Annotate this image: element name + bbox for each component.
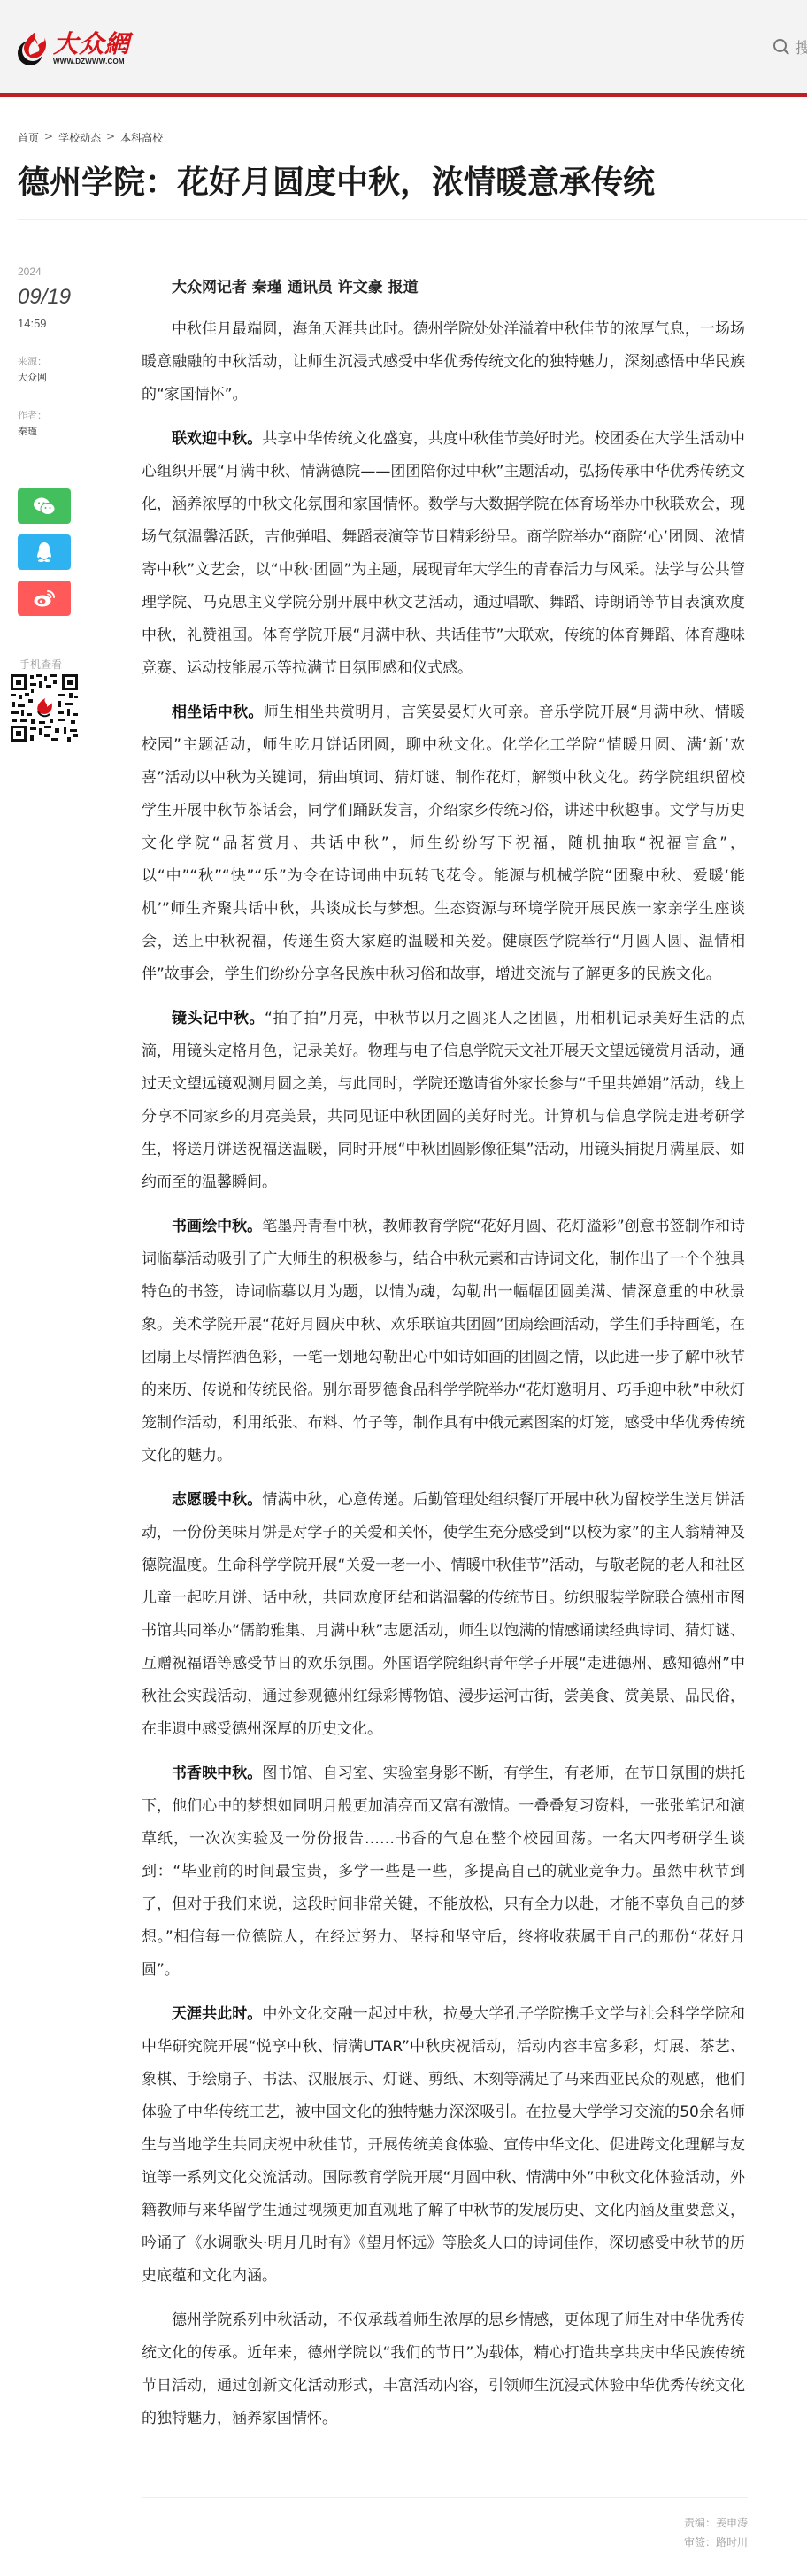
breadcrumb-separator: > — [106, 130, 115, 145]
share-qq-button[interactable] — [18, 534, 71, 570]
article-paragraph: 德州学院系列中秋活动，不仅承载着师生浓厚的思乡情感，更体现了师生对中华优秀传统文… — [142, 2304, 745, 2435]
breadcrumb-school-news[interactable]: 学校动态 — [58, 130, 101, 145]
site-header: 大众網 WWW.DZWWW.COM 搜 — [0, 0, 807, 93]
logo-wordmark: 大众網 — [53, 31, 130, 58]
paragraph-text: 情满中秋，心意传递。后勤管理处组织餐厅开展中秋为留校学生送月饼活动，一份份美味月… — [142, 1491, 745, 1738]
paragraph-lead: 相坐话中秋。 — [172, 704, 264, 721]
logo-url: WWW.DZWWW.COM — [53, 58, 130, 65]
share-wechat-button[interactable] — [18, 488, 71, 524]
meta-divider — [18, 404, 46, 404]
qq-penguin-icon — [35, 542, 53, 563]
article-meta: 2024 09/19 14:59 来源： 大众网 作者： 秦瑾 — [18, 265, 106, 438]
paragraph-lead: 天涯共此时。 — [172, 2005, 262, 2023]
article-paragraph: 天涯共此时。中外文化交融一起过中秋，拉曼大学孔子学院携手文学与社会科学学院和中华… — [142, 1998, 745, 2293]
weibo-icon — [33, 588, 56, 608]
share-weibo-button[interactable] — [18, 581, 71, 616]
article-paragraph: 相坐话中秋。师生相坐共赏明月，言笑晏晏灯火可亲。音乐学院开展“月满中秋、情暖校园… — [142, 696, 745, 991]
author-label: 作者： — [18, 408, 106, 422]
paragraph-text: 师生相坐共赏明月，言笑晏晏灯火可亲。音乐学院开展“月满中秋、情暖校园”主题活动，… — [142, 704, 745, 983]
article-paragraph: 镜头记中秋。“拍了拍”月亮，中秋节以月之圆兆人之团圆，用相机记录美好生活的点滴，… — [142, 1003, 745, 1199]
paragraph-text: 中秋佳月最端圆，海角天涯共此时。德州学院处处洋溢着中秋佳节的浓厚气息，一场场暖意… — [142, 320, 745, 404]
qr-code-image — [9, 673, 80, 743]
article-paragraph: 书画绘中秋。笔墨丹青看中秋，教师教育学院“花好月圆、花灯溢彩”创意书签制作和诗词… — [142, 1211, 745, 1473]
breadcrumb-separator: > — [44, 130, 53, 145]
source-label: 来源： — [18, 354, 106, 368]
paragraph-text: 笔墨丹青看中秋，教师教育学院“花好月圆、花灯溢彩”创意书签制作和诗词临摹活动吸引… — [142, 1218, 745, 1465]
editor-label: 责编： — [684, 2517, 716, 2529]
paragraph-lead: 镜头记中秋。 — [172, 1010, 265, 1027]
site-logo[interactable]: 大众網 WWW.DZWWW.COM — [16, 25, 149, 71]
wechat-icon — [33, 496, 56, 516]
paragraph-text: “拍了拍”月亮，中秋节以月之圆兆人之团圆，用相机记录美好生活的点滴，用镜头定格月… — [142, 1010, 745, 1191]
paragraph-text: 德州学院系列中秋活动，不仅承载着师生浓厚的思乡情感，更体现了师生对中华优秀传统文… — [142, 2311, 745, 2427]
search-icon — [772, 38, 790, 56]
article-paragraph: 志愿暖中秋。情满中秋，心意传递。后勤管理处组织餐厅开展中秋为留校学生送月饼活动，… — [142, 1484, 745, 1746]
search-label: 搜 — [795, 35, 807, 58]
title-divider — [18, 219, 807, 220]
reviewer-name: 路时川 — [716, 2536, 748, 2549]
paragraph-lead: 志愿暖中秋。 — [172, 1491, 262, 1509]
article-paragraph: 书香映中秋。图书馆、自习室、实验室身影不断，有学生，有老师，在节日氛围的烘托下，… — [142, 1757, 745, 1987]
page-title: 德州学院：花好月圆度中秋，浓情暖意承传统 — [18, 158, 655, 203]
publish-time: 14:59 — [18, 317, 106, 330]
meta-divider — [18, 350, 46, 350]
paragraph-lead: 书画绘中秋。 — [172, 1218, 262, 1235]
article-body: 大众网记者 秦瑾 通讯员 许文豪 报道 中秋佳月最端圆，海角天涯共此时。德州学院… — [142, 272, 745, 2447]
article-byline: 大众网记者 秦瑾 通讯员 许文豪 报道 — [142, 272, 745, 304]
footer-divider-bottom — [142, 2564, 748, 2564]
paragraph-text: 中外文化交融一起过中秋，拉曼大学孔子学院携手文学与社会科学学院和中华研究院开展“… — [142, 2005, 745, 2285]
flame-logo-icon — [16, 28, 50, 67]
paragraph-lead: 书香映中秋。 — [172, 1765, 262, 1782]
editor-credits: 责编：姜申涛 审签：路时川 — [684, 2513, 748, 2552]
footer-divider-top — [142, 2497, 748, 2498]
author-value: 秦瑾 — [18, 424, 106, 438]
source-value: 大众网 — [18, 370, 106, 384]
breadcrumb-home[interactable]: 首页 — [18, 130, 39, 145]
reviewer-line: 审签：路时川 — [684, 2533, 748, 2552]
article-paragraph: 联欢迎中秋。共享中华传统文化盛宴，共度中秋佳节美好时光。校团委在大学生活动中心组… — [142, 423, 745, 685]
paragraph-text: 共享中华传统文化盛宴，共度中秋佳节美好时光。校团委在大学生活动中心组织开展“月满… — [142, 430, 745, 677]
editor-name: 姜申涛 — [716, 2517, 748, 2529]
publish-year: 2024 — [18, 265, 106, 278]
reviewer-label: 审签： — [684, 2536, 716, 2549]
breadcrumb-undergrad-colleges[interactable]: 本科高校 — [120, 130, 163, 145]
mobile-view-label: 手机查看 — [19, 657, 62, 672]
header-accent-bar — [0, 93, 807, 97]
article-paragraph: 中秋佳月最端圆，海角天涯共此时。德州学院处处洋溢着中秋佳节的浓厚气息，一场场暖意… — [142, 313, 745, 411]
paragraph-lead: 联欢迎中秋。 — [172, 430, 262, 448]
publish-date: 09/19 — [18, 285, 106, 310]
paragraph-text: 图书馆、自习室、实验室身影不断，有学生，有老师，在节日氛围的烘托下，他们心中的梦… — [142, 1765, 745, 1979]
breadcrumb: 首页 > 学校动态 > 本科高校 — [18, 130, 163, 145]
search-button[interactable]: 搜 — [772, 35, 807, 58]
editor-line: 责编：姜申涛 — [684, 2513, 748, 2533]
